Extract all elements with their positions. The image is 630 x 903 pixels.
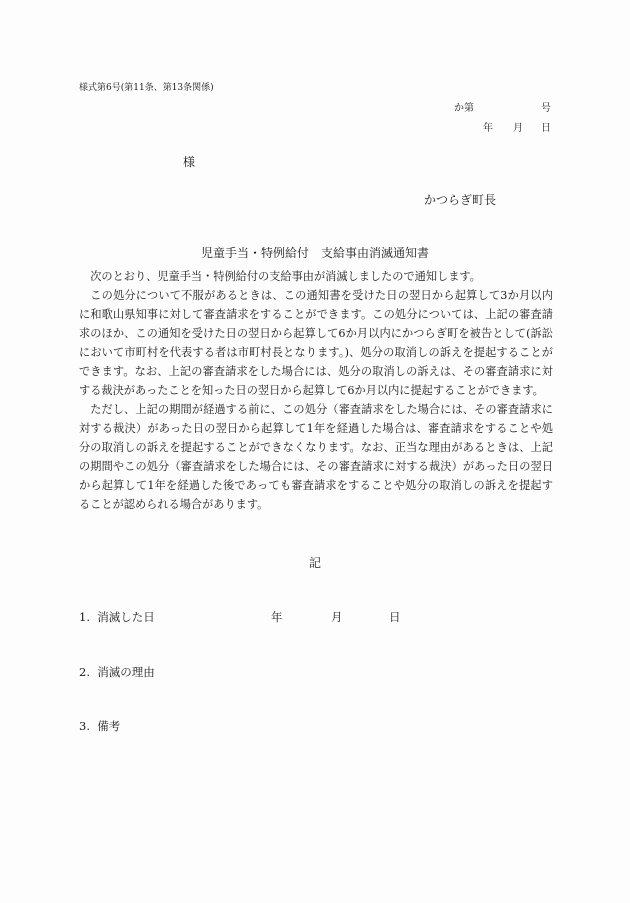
issue-date-month: 月 xyxy=(513,119,523,134)
item-extinction-reason-label: 2. 消滅の理由 xyxy=(79,664,155,680)
item-remarks-label: 3. 備考 xyxy=(79,718,120,734)
reference-number-suffix: 号 xyxy=(541,99,551,114)
document-title: 児童手当・特例給付 支給事由消滅通知書 xyxy=(0,244,630,261)
extinction-date-day: 日 xyxy=(389,609,401,625)
item-extinction-date-label: 1. 消滅した日 xyxy=(79,609,155,625)
notice-paragraph: 次のとおり、児童手当・特例給付の支給事由が消滅しましたので通知します。 xyxy=(79,267,553,286)
notice-paragraph: ただし、上記の期間が経過する前に、この処分（審査請求をした場合には、その審査請求… xyxy=(79,400,553,514)
issue-date-year: 年 xyxy=(483,119,493,134)
issue-date-day: 日 xyxy=(541,119,551,134)
reference-number-prefix: か第 xyxy=(454,99,474,114)
form-number: 様式第6号(第11条、第13条関係) xyxy=(79,80,214,93)
notice-body: 次のとおり、児童手当・特例給付の支給事由が消滅しましたので通知します。 この処分… xyxy=(79,267,553,514)
notice-paragraph: この処分について不服があるときは、この通知書を受けた日の翌日から起算して3か月以… xyxy=(79,286,553,400)
extinction-date-year: 年 xyxy=(271,609,283,625)
extinction-date-month: 月 xyxy=(331,609,343,625)
addressee-honorific: 様 xyxy=(183,153,195,170)
issuer-name: かつらぎ町長 xyxy=(424,191,496,208)
ki-heading: 記 xyxy=(0,554,630,571)
